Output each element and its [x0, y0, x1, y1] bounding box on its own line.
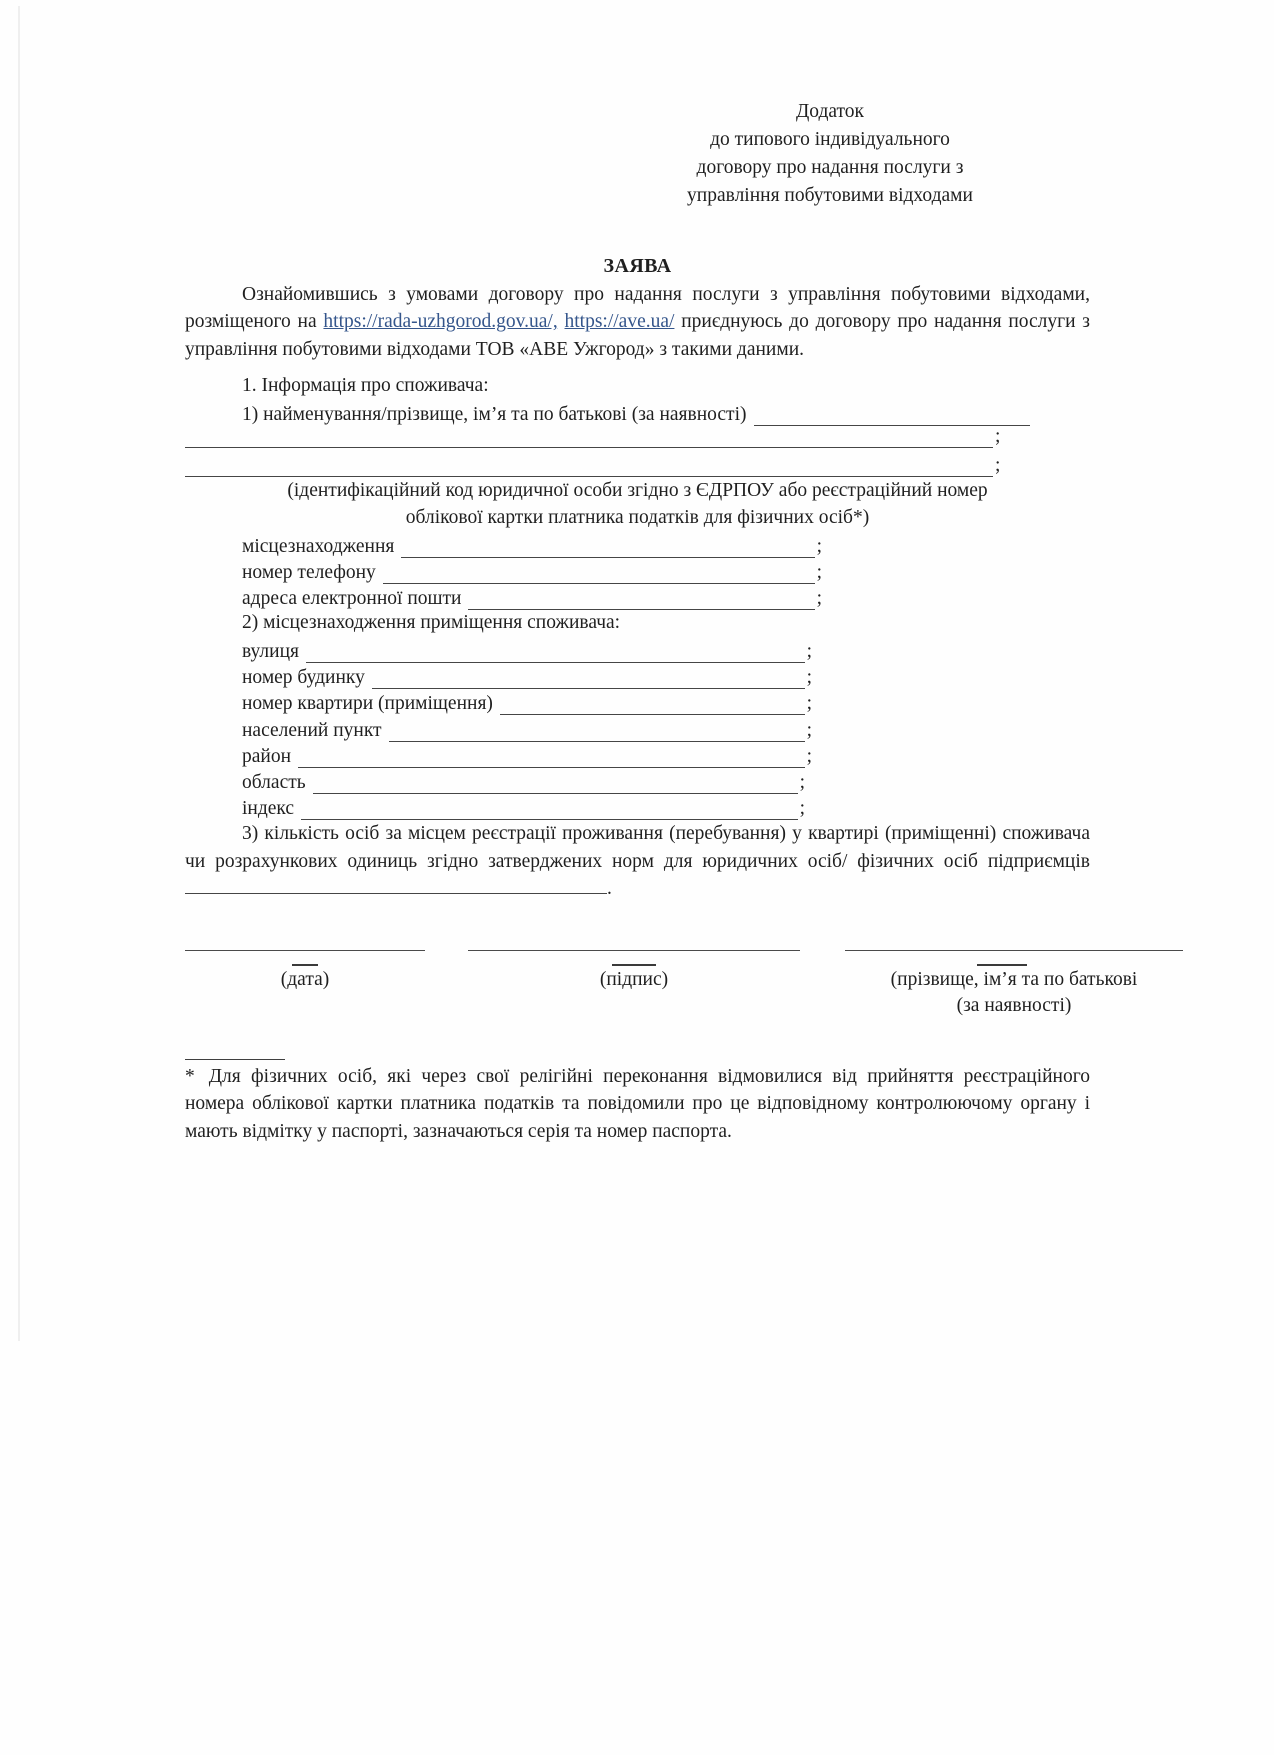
signature-name-label-line1: (прізвище, ім’я та по батькові: [845, 967, 1183, 993]
blank-line: [185, 878, 607, 894]
link-ave[interactable]: https://ave.ua/: [565, 311, 675, 332]
blank-line: [383, 583, 815, 584]
signature-block: (дата) (підпис) (прізвище, ім’я та по ба…: [185, 950, 1183, 1019]
signature-sign-line: [468, 950, 800, 951]
semicolon: ;: [798, 772, 805, 794]
id-code-note-line: облікової картки платника податків для ф…: [185, 504, 1090, 531]
semicolon: ;: [815, 588, 822, 610]
signature-name-line: [845, 950, 1183, 951]
name-field-row: 1) найменування/прізвище, ім’я та по бат…: [185, 399, 1030, 426]
field-label: населений пункт: [242, 720, 382, 742]
persons-count-paragraph: 3) кількість осіб за місцем реєстрації п…: [185, 820, 1090, 902]
period: .: [607, 878, 612, 899]
field-label: район: [242, 746, 291, 768]
footnote-paragraph: *Для фізичних осіб, які через свої реліг…: [185, 1063, 1090, 1145]
field-row-location: місцезнаходження ;: [242, 531, 822, 557]
field-label: вулиця: [242, 641, 299, 663]
semicolon: ;: [805, 641, 812, 663]
appendix-line: управління побутовими відходами: [630, 182, 1030, 210]
footnote-text: Для фізичних осіб, які через свої релігі…: [185, 1066, 1090, 1142]
scan-artifact-mark: [292, 964, 318, 966]
signature-name-label-line2: (за наявності): [845, 993, 1183, 1019]
field-label: область: [242, 772, 306, 794]
semicolon: ;: [805, 746, 812, 768]
semicolon: ;: [815, 536, 822, 558]
blank-line: [313, 793, 798, 794]
signature-date-column: (дата): [185, 950, 425, 1019]
field-label: номер квартири (приміщення): [242, 693, 493, 715]
field-row-region: область ;: [242, 768, 805, 794]
document-page: Додаток до типового індивідуального дого…: [0, 0, 1274, 1755]
scan-artifact-mark: [612, 964, 656, 966]
appendix-line: до типового індивідуального: [630, 126, 1030, 154]
name-field-label: 1) найменування/прізвище, ім’я та по бат…: [242, 404, 746, 426]
field-row-building: номер будинку ;: [242, 663, 812, 689]
signature-name-column: (прізвище, ім’я та по батькові (за наявн…: [845, 950, 1183, 1019]
semicolon: ;: [993, 426, 1000, 448]
field-row-postcode: індекс ;: [242, 794, 805, 820]
signature-date-line: [185, 950, 425, 951]
field-row-district: район ;: [242, 742, 812, 768]
field-row-phone: номер телефону ;: [242, 558, 822, 584]
appendix-line: Додаток: [630, 98, 1030, 126]
footnote-separator: [185, 1059, 285, 1060]
signature-sign-column: (підпис): [468, 950, 800, 1019]
document-title: ЗАЯВА: [185, 253, 1090, 280]
blank-line: [389, 741, 805, 742]
field-label: номер будинку: [242, 667, 365, 689]
semicolon: ;: [805, 693, 812, 715]
semicolon: ;: [805, 720, 812, 742]
field-row-apartment: номер квартири (приміщення) ;: [242, 689, 812, 715]
appendix-header: Додаток до типового індивідуального дого…: [630, 98, 1030, 210]
semicolon: ;: [993, 455, 1000, 477]
persons-count-text: 3) кількість осіб за місцем реєстрації п…: [185, 823, 1090, 871]
blank-line: [372, 688, 805, 689]
premises-heading: 2) місцезнаходження приміщення споживача…: [242, 610, 1090, 636]
semicolon: ;: [815, 562, 822, 584]
footnote-marker: *: [185, 1066, 209, 1087]
appendix-line: договору про надання послуги з: [630, 154, 1030, 182]
link-rada-uzhgorod[interactable]: https://rada-uzhgorod.gov.ua/,: [323, 311, 557, 332]
scan-artifact-line: [18, 6, 20, 1341]
semicolon: ;: [798, 798, 805, 820]
document-content: Додаток до типового індивідуального дого…: [185, 0, 1090, 1145]
blank-line: [185, 447, 993, 448]
field-row-street: вулиця ;: [242, 636, 812, 662]
id-code-note-line: (ідентифікаційний код юридичної особи зг…: [185, 477, 1090, 504]
name-continuation-line-2: ;: [185, 448, 1090, 477]
field-label: місцезнаходження: [242, 536, 394, 558]
blank-line: [401, 557, 814, 558]
field-row-settlement: населений пункт ;: [242, 715, 812, 741]
blank-line: [754, 425, 1030, 426]
blank-line: [298, 767, 805, 768]
semicolon: ;: [805, 667, 812, 689]
field-row-email: адреса електронної пошти ;: [242, 584, 822, 610]
field-label: номер телефону: [242, 562, 376, 584]
field-label: індекс: [242, 798, 294, 820]
blank-line: [306, 662, 805, 663]
blank-line: [500, 714, 805, 715]
scan-artifact-mark: [977, 964, 1027, 966]
field-label: адреса електронної пошти: [242, 588, 461, 610]
signature-sign-label: (підпис): [468, 967, 800, 993]
name-continuation-line-1: ;: [185, 426, 1090, 448]
id-code-note: (ідентифікаційний код юридичної особи зг…: [185, 477, 1090, 531]
intro-paragraph: Ознайомившись з умовами договору про над…: [185, 281, 1090, 363]
consumer-fields: місцезнаходження ; номер телефону ; адре…: [242, 531, 1090, 820]
signature-date-label: (дата): [185, 967, 425, 993]
section1-heading: 1. Інформація про споживача:: [185, 372, 1090, 399]
